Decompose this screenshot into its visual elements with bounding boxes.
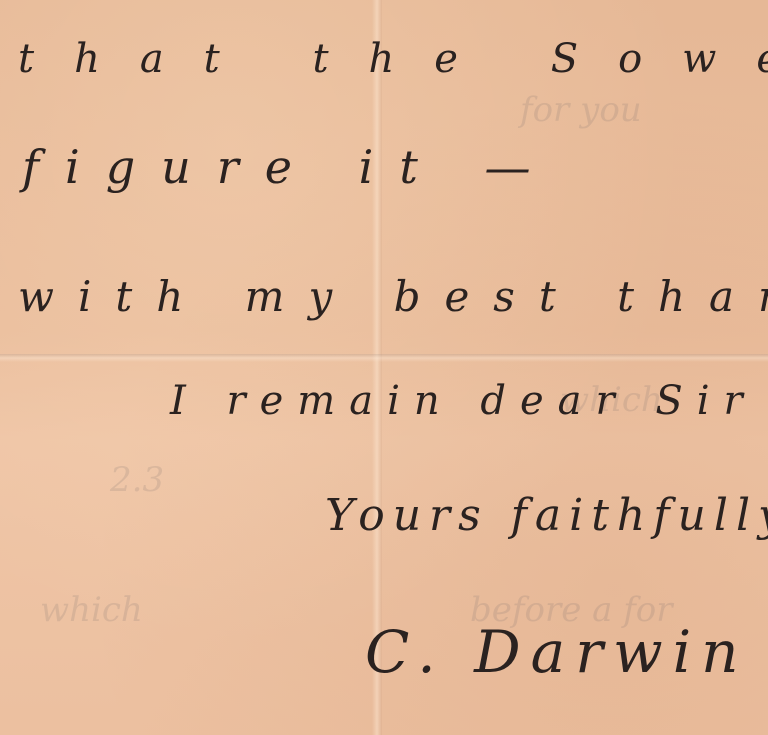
- handwritten-line: I remain dear Sir: [170, 378, 757, 424]
- handwritten-closing: Yours faithfully: [325, 490, 768, 541]
- handwritten-line: that the Sowerby: [18, 36, 768, 82]
- signature: C. Darwin: [365, 618, 749, 686]
- horizontal-fold-crease: [0, 354, 768, 362]
- handwritten-line: figure it —: [22, 140, 556, 194]
- bleed-through-text: which: [40, 590, 143, 630]
- bleed-through-text: for you: [520, 90, 642, 130]
- handwritten-line: with my best than: [18, 272, 768, 321]
- bleed-through-text: 2.3: [110, 460, 164, 500]
- letter-paper: for you which 2.3 before a for which tha…: [0, 0, 768, 735]
